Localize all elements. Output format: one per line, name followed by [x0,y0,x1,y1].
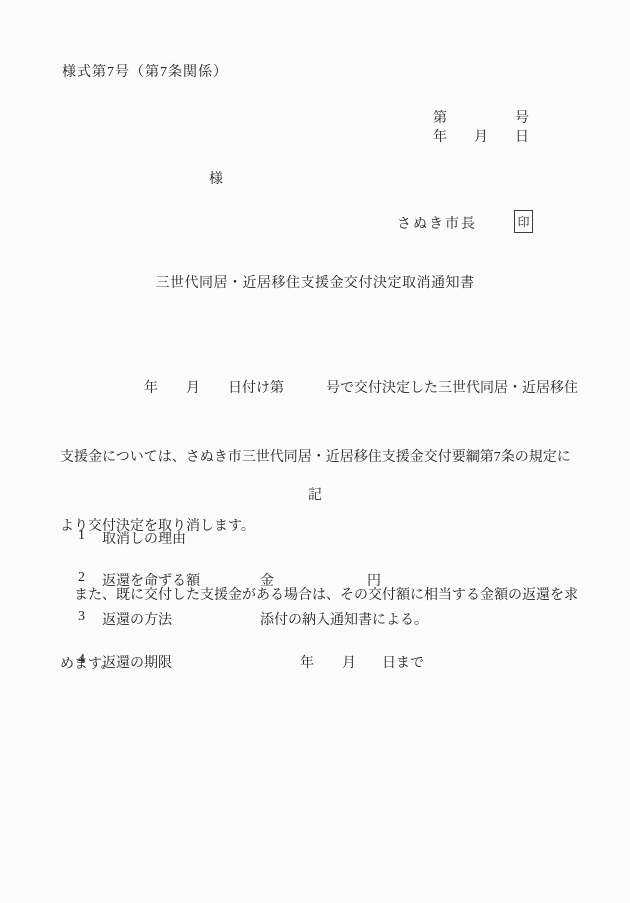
deadline-year: 年 [300,652,314,672]
seal-stamp: 印 [514,210,533,233]
issue-date-month: 月 [474,126,488,146]
item-row-amount: 2 返還を命ずる額 金 円 [0,570,630,590]
amount-prefix: 金 [260,570,274,590]
amount-suffix: 円 [367,570,381,590]
issuer-name: さぬき市長 [397,213,477,233]
item-number: 1 [78,528,85,544]
doc-number-suffix: 号 [515,107,529,127]
item-label: 返還の方法 [102,609,172,629]
notes-heading: 記 [0,484,630,504]
item-label: 返還の期限 [102,652,172,672]
document-page: 様式第7号（第7条関係） 第 号 年 月 日 様 さぬき市長 印 三世代同居・近… [0,0,630,903]
item-row-reason: 1 取消しの理由 [0,528,630,548]
item-row-deadline: 4 返還の期限 年 月 日まで [0,652,630,672]
issue-date-year: 年 [433,126,447,146]
document-title: 三世代同居・近居移住支援金交付決定取消通知書 [0,272,630,292]
deadline-month: 月 [342,652,356,672]
addressee-honorific: 様 [209,168,223,188]
body-line: 支援金については、さぬき市三世代同居・近居移住支援金交付要綱第7条の規定に [60,446,580,469]
item-number: 3 [78,609,85,625]
issue-date-row: 年 月 日 [433,126,529,146]
doc-number-row: 第 号 [433,107,529,127]
item-number: 2 [78,570,85,586]
deadline-day: 日まで [382,652,424,672]
doc-number-prefix: 第 [433,107,447,127]
issue-date-day: 日 [515,126,529,146]
item-row-method: 3 返還の方法 添付の納入通知書による。 [0,609,630,629]
body-line: 年 月 日付け第 号で交付決定した三世代同居・近居移住 [60,377,580,400]
form-number: 様式第7号（第7条関係） [62,61,228,81]
item-label: 取消しの理由 [102,528,186,548]
item-value: 添付の納入通知書による。 [260,609,428,629]
item-label: 返還を命ずる額 [102,570,200,590]
item-number: 4 [78,652,85,668]
